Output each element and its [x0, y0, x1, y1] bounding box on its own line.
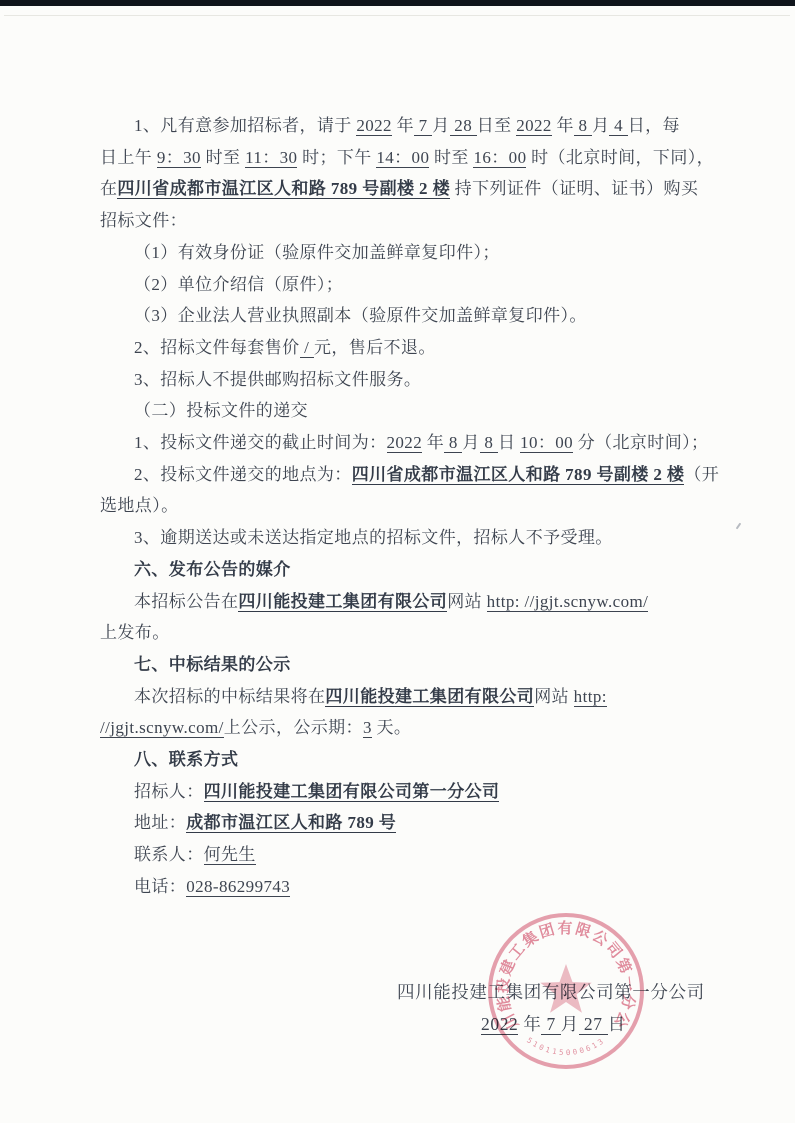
text-segment: 八、联系方式	[134, 750, 238, 769]
text-segment: 3	[363, 718, 372, 738]
text-segment: 9：30	[157, 148, 201, 168]
doc-line: （1）有效身份证（验原件交加盖鲜章复印件）；	[100, 237, 742, 269]
text-segment: 时（北京时间，下同），	[526, 148, 714, 167]
doc-line: 七、中标结果的公示	[100, 649, 742, 681]
doc-line: 2、投标文件递交的地点为：四川省成都市温江区人和路 789 号副楼 2 楼（开	[100, 459, 742, 491]
text-segment: 电话：	[134, 877, 186, 896]
text-segment: 招标文件：	[100, 211, 187, 230]
doc-line: 联系人：何先生	[100, 839, 742, 871]
scan-hairline	[4, 15, 790, 16]
scan-edge-band	[0, 0, 795, 6]
text-segment: 4	[609, 116, 627, 136]
text-segment: 四川能投建工集团有限公司第一分公司	[204, 782, 500, 802]
text-segment: 地址：	[134, 813, 186, 832]
doc-line: 本次招标的中标结果将在四川能投建工集团有限公司网站 http:	[100, 681, 742, 713]
doc-line: （二）投标文件的递交	[100, 395, 742, 427]
text-segment: 元，售后不退。	[314, 338, 436, 357]
text-segment: 日，每	[628, 116, 680, 135]
text-segment: 四川能投建工集团有限公司	[325, 687, 534, 707]
text-segment: 六、发布公告的媒介	[134, 560, 291, 579]
text-segment: 28	[450, 116, 477, 136]
doc-line: 电话：028-86299743	[100, 871, 742, 903]
text-segment: //jgjt.scnyw.com/	[100, 718, 224, 738]
doc-line: 3、逾期送达或未送达指定地点的招标文件，招标人不予受理。	[100, 522, 742, 554]
text-segment: 3、招标人不提供邮购招标文件服务。	[134, 370, 421, 389]
text-segment: 2、招标文件每套售价	[134, 338, 300, 357]
doc-line: 1、凡有意参加招标者，请于 2022 年 7 月 28 日至 2022 年 8 …	[100, 110, 742, 142]
text-segment: 年	[552, 116, 574, 135]
doc-line: （3）企业法人营业执照副本（验原件交加盖鲜章复印件）。	[100, 300, 742, 332]
text-segment: 网站	[534, 687, 573, 706]
text-segment: /	[300, 338, 314, 358]
text-segment: 028-86299743	[186, 877, 290, 897]
text-segment: 7	[414, 116, 432, 136]
text-segment: （1）有效身份证（验原件交加盖鲜章复印件）；	[134, 243, 500, 262]
stamp-serial-number: 510115000613	[525, 1036, 607, 1058]
text-segment: 四川省成都市温江区人和路 789 号副楼 2 楼	[117, 179, 450, 199]
text-segment: 时至	[429, 148, 473, 167]
text-segment: 8	[574, 116, 592, 136]
text-segment: 在	[100, 179, 117, 198]
doc-line: 在四川省成都市温江区人和路 789 号副楼 2 楼 持下列证件（证明、证书）购买	[100, 173, 742, 205]
text-segment: http:	[574, 687, 607, 707]
text-segment: 天。	[372, 718, 411, 737]
text-segment: 年	[392, 116, 414, 135]
stamp-ring-text: 四川能投建工集团有限公司第一分公司	[476, 901, 638, 1032]
text-segment: 2022	[387, 433, 423, 453]
text-segment: 月	[432, 116, 449, 135]
doc-line: 上发布。	[100, 617, 742, 649]
doc-line: 日上午 9：30 时至 11：30 时；下午 14：00 时至 16：00 时（…	[100, 142, 742, 174]
text-segment: （3）企业法人营业执照副本（验原件交加盖鲜章复印件）。	[134, 306, 587, 325]
text-segment: 8	[480, 433, 498, 453]
text-segment: 8	[444, 433, 462, 453]
scanned-page: 1、凡有意参加招标者，请于 2022 年 7 月 28 日至 2022 年 8 …	[0, 0, 795, 1123]
text-segment: 选地点）。	[100, 496, 179, 515]
text-segment: 七、中标结果的公示	[134, 655, 291, 674]
doc-line: //jgjt.scnyw.com/上公示，公示期：3 天。	[100, 712, 742, 744]
text-segment: 1、投标文件递交的截止时间为：	[134, 433, 387, 452]
text-segment: （2）单位介绍信（原件）；	[134, 275, 343, 294]
document-body: 1、凡有意参加招标者，请于 2022 年 7 月 28 日至 2022 年 8 …	[100, 110, 742, 903]
text-segment: 时至	[201, 148, 245, 167]
text-segment: 本次招标的中标结果将在	[134, 687, 325, 706]
text-segment: 持下列证件（证明、证书）购买	[450, 179, 698, 198]
text-segment: 日	[498, 433, 520, 452]
doc-line: 1、投标文件递交的截止时间为：2022 年 8 月 8 日 10：00 分（北京…	[100, 427, 742, 459]
doc-line: （2）单位介绍信（原件）；	[100, 269, 742, 301]
doc-line: 六、发布公告的媒介	[100, 554, 742, 586]
text-segment: 上发布。	[100, 623, 170, 642]
text-segment: 10：00	[520, 433, 573, 453]
doc-line: 八、联系方式	[100, 744, 742, 776]
text-segment: http: //jgjt.scnyw.com/	[487, 592, 649, 612]
official-stamp-seal: 四川能投建工集团有限公司第一分公司 510115000613	[476, 901, 656, 1081]
doc-line: 地址：成都市温江区人和路 789 号	[100, 807, 742, 839]
text-segment: 何先生	[204, 845, 256, 865]
text-segment: 2022	[356, 116, 392, 136]
text-segment: 月	[462, 433, 479, 452]
stamp-star-icon	[540, 964, 591, 1013]
text-segment: 11：30	[245, 148, 297, 168]
text-segment: 联系人：	[134, 845, 204, 864]
doc-line: 2、招标文件每套售价 / 元，售后不退。	[100, 332, 742, 364]
text-segment: （二）投标文件的递交	[134, 401, 308, 420]
doc-line: 招标文件：	[100, 205, 742, 237]
text-segment: 四川能投建工集团有限公司	[238, 592, 447, 612]
text-segment: 日至	[477, 116, 516, 135]
text-segment: 14：00	[376, 148, 429, 168]
text-segment: 本招标公告在	[134, 592, 238, 611]
text-segment: 成都市温江区人和路 789 号	[186, 813, 396, 833]
doc-line: 3、招标人不提供邮购招标文件服务。	[100, 364, 742, 396]
text-segment: 上公示，公示期：	[224, 718, 363, 737]
doc-line: 招标人：四川能投建工集团有限公司第一分公司	[100, 776, 742, 808]
text-segment: 2022	[516, 116, 552, 136]
doc-line: 本招标公告在四川能投建工集团有限公司网站 http: //jgjt.scnyw.…	[100, 586, 742, 618]
doc-line: 选地点）。	[100, 490, 742, 522]
text-segment: （开	[684, 465, 719, 484]
text-segment: 3、逾期送达或未送达指定地点的招标文件，招标人不予受理。	[134, 528, 613, 547]
text-segment: 四川省成都市温江区人和路 789 号副楼 2 楼	[352, 465, 685, 485]
text-segment: 时；下午	[297, 148, 376, 167]
text-segment: 分（北京时间）；	[573, 433, 708, 452]
text-segment: 网站	[447, 592, 486, 611]
text-segment: 16：00	[473, 148, 526, 168]
text-segment: 2、投标文件递交的地点为：	[134, 465, 352, 484]
text-segment: 招标人：	[134, 782, 204, 801]
text-segment: 1、凡有意参加招标者，请于	[134, 116, 356, 135]
text-segment: 月	[592, 116, 609, 135]
text-segment: 日上午	[100, 148, 157, 167]
text-segment: 年	[422, 433, 444, 452]
